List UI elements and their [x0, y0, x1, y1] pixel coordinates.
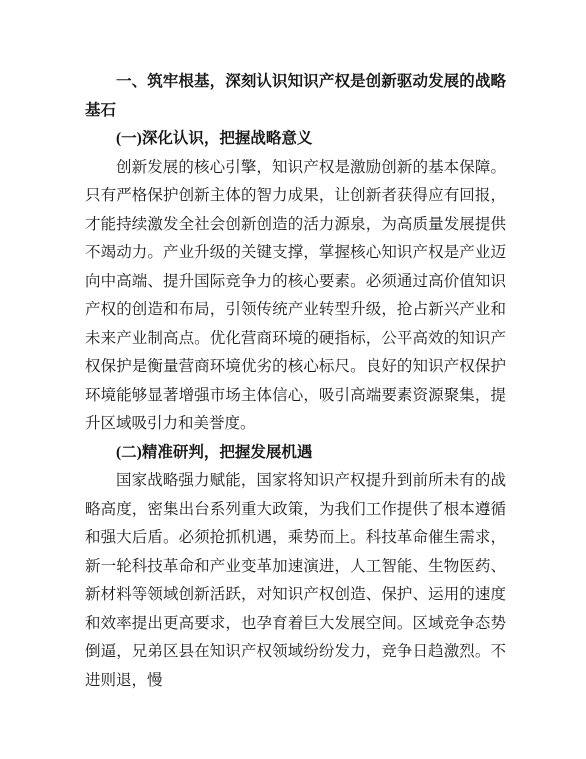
document-heading: 一、筑牢根基，深刻认识知识产权是创新驱动发展的战略基石 [85, 68, 506, 125]
subsection-heading-1: (一)深化认识，把握战略意义 [85, 125, 506, 154]
subsection-heading-2: (二)精准研判，把握发展机遇 [85, 439, 506, 468]
document-page: 一、筑牢根基，深刻认识知识产权是创新驱动发展的战略基石 (一)深化认识，把握战略… [0, 0, 586, 759]
paragraph-1: 创新发展的核心引擎，知识产权是激励创新的基本保障。只有严格保护创新主体的智力成果… [85, 154, 506, 439]
document-text-block: 一、筑牢根基，深刻认识知识产权是创新驱动发展的战略基石 (一)深化认识，把握战略… [85, 68, 506, 695]
paragraph-2: 国家战略强力赋能，国家将知识产权提升到前所未有的战略高度，密集出台系列重大政策，… [85, 467, 506, 695]
